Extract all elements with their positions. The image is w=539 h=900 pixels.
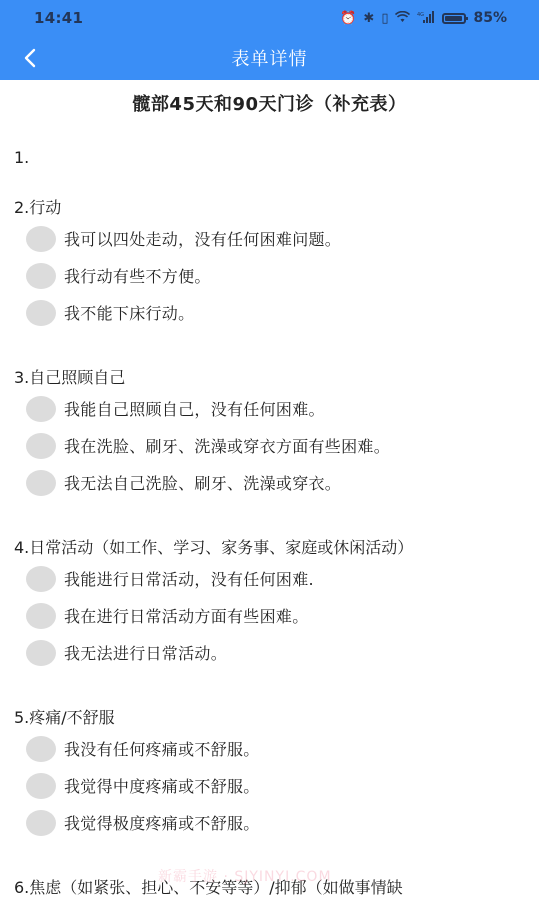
radio-option[interactable]: 我在进行日常活动方面有些困难。 [26,597,534,634]
radio-option[interactable]: 我无法进行日常活动。 [26,634,534,671]
radio-button[interactable] [26,736,56,762]
radio-button[interactable] [26,603,56,629]
radio-button[interactable] [26,433,56,459]
question-2: 2.行动 我可以四处走动，没有任何困难问题。 我行动有些不方便。 我不能下床行动… [14,196,534,331]
question-4: 4.日常活动（如工作、学习、家务事、家庭或休闲活动） 我能进行日常活动，没有任何… [14,536,534,671]
battery-percent: 85% [473,10,507,26]
radio-option[interactable]: 我能进行日常活动，没有任何困难. [26,560,534,597]
radio-button[interactable] [26,470,56,496]
form-title: 髋部45天和90天门诊（补充表） [0,92,539,118]
option-label: 我可以四处走动，没有任何困难问题。 [64,227,341,250]
radio-button[interactable] [26,226,56,252]
radio-button[interactable] [26,773,56,799]
alarm-icon: ⏰ [340,12,356,25]
option-label: 我无法进行日常活动。 [64,641,227,664]
question-label: 1. [14,146,534,170]
back-button[interactable] [16,44,44,72]
battery-icon [442,13,466,24]
radio-option[interactable]: 我可以四处走动，没有任何困难问题。 [26,220,534,257]
radio-option[interactable]: 我能自己照顾自己，没有任何困难。 [26,390,534,427]
status-time: 14:41 [34,9,83,27]
bluetooth-icon: ✱ [363,12,374,25]
option-label: 我无法自己洗脸、刷牙、洗澡或穿衣。 [64,471,341,494]
svg-text:4G: 4G [417,12,424,18]
radio-option[interactable]: 我没有任何疼痛或不舒服。 [26,730,534,767]
radio-option[interactable]: 我觉得极度疼痛或不舒服。 [26,804,534,841]
option-label: 我在进行日常活动方面有些困难。 [64,604,309,627]
question-label: 4.日常活动（如工作、学习、家务事、家庭或休闲活动） [14,536,534,560]
radio-button[interactable] [26,810,56,836]
wifi-icon [395,11,410,26]
question-3: 3.自己照顾自己 我能自己照顾自己，没有任何困难。 我在洗脸、刷牙、洗澡或穿衣方… [14,366,534,501]
radio-button[interactable] [26,640,56,666]
form-content: 髋部45天和90天门诊（补充表） [0,82,539,118]
status-bar: 14:41 ⏰ ✱ ▯ 4G 85% [0,0,539,36]
question-label: 3.自己照顾自己 [14,366,534,390]
radio-button[interactable] [26,566,56,592]
option-label: 我行动有些不方便。 [64,264,211,287]
signal-4g-icon: 4G [417,11,435,26]
option-label: 我觉得中度疼痛或不舒服。 [64,774,260,797]
status-icons: ⏰ ✱ ▯ 4G 85% [340,10,507,26]
question-1: 1. [14,146,534,170]
option-label: 我觉得极度疼痛或不舒服。 [64,811,260,834]
question-5: 5.疼痛/不舒服 我没有任何疼痛或不舒服。 我觉得中度疼痛或不舒服。 我觉得极度… [14,706,534,841]
vibrate-icon: ▯ [381,12,388,25]
watermark: 新霸手游 · SJYINYI.COM [158,866,332,886]
option-label: 我能进行日常活动，没有任何困难. [64,567,314,590]
radio-option[interactable]: 我不能下床行动。 [26,294,534,331]
option-label: 我在洗脸、刷牙、洗澡或穿衣方面有些困难。 [64,434,390,457]
option-label: 我没有任何疼痛或不舒服。 [64,737,260,760]
nav-bar: 表单详情 [0,36,539,80]
radio-option[interactable]: 我无法自己洗脸、刷牙、洗澡或穿衣。 [26,464,534,501]
radio-option[interactable]: 我行动有些不方便。 [26,257,534,294]
option-label: 我能自己照顾自己，没有任何困难。 [64,397,325,420]
question-label: 5.疼痛/不舒服 [14,706,534,730]
radio-button[interactable] [26,300,56,326]
question-label: 2.行动 [14,196,534,220]
radio-button[interactable] [26,396,56,422]
option-label: 我不能下床行动。 [64,301,194,324]
radio-button[interactable] [26,263,56,289]
page-title: 表单详情 [232,45,308,71]
radio-option[interactable]: 我觉得中度疼痛或不舒服。 [26,767,534,804]
chevron-left-icon [23,48,37,68]
radio-option[interactable]: 我在洗脸、刷牙、洗澡或穿衣方面有些困难。 [26,427,534,464]
